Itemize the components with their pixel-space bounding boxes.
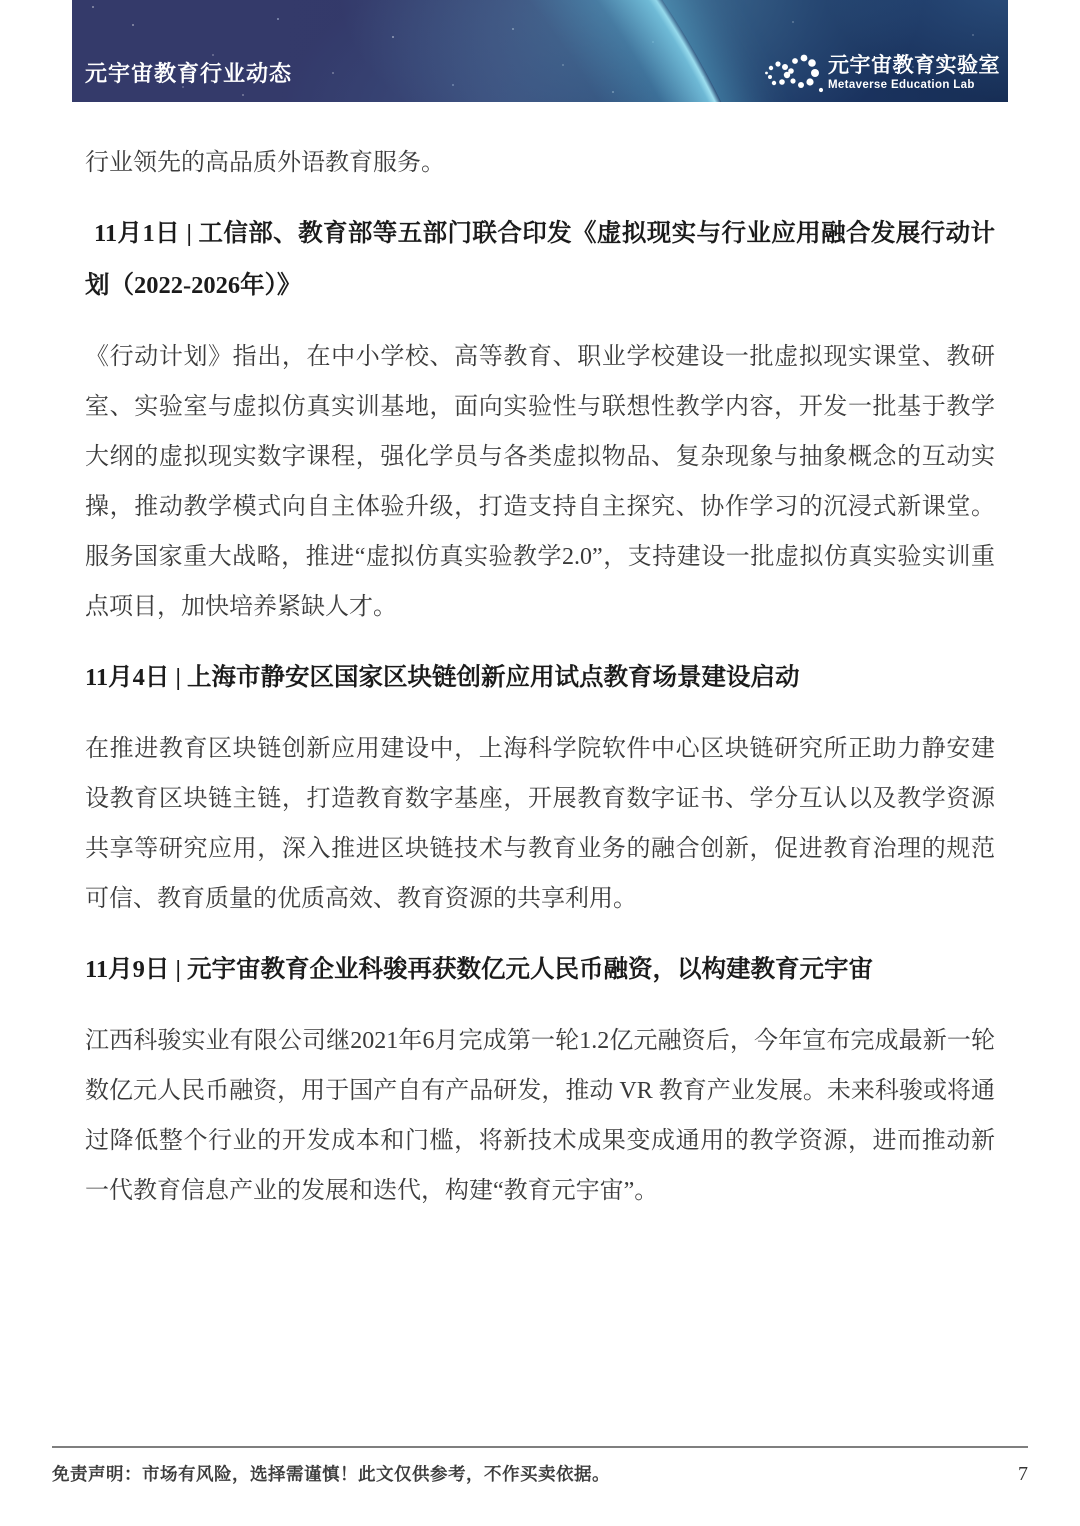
section-heading-nov1: 11月1日 | 工信部、教育部等五部门联合印发《虚拟现实与行业应用融合发展行动计… — [85, 208, 995, 312]
footer-row: 免责声明：市场有风险，选择需谨慎！此文仅供参考，不作买卖依据。 7 — [52, 1461, 1028, 1486]
logo-name-en: Metaverse Education Lab — [828, 79, 1000, 91]
section-body-nov1: 《行动计划》指出，在中小学校、高等教育、职业学校建设一批虚拟现实课堂、教研室、实… — [85, 332, 995, 632]
page-number: 7 — [1018, 1463, 1028, 1486]
document-content: 行业领先的高品质外语教育服务。 11月1日 | 工信部、教育部等五部门联合印发《… — [85, 102, 995, 1236]
section-heading-nov4: 11月4日 | 上海市静安区国家区块链创新应用试点教育场景建设启动 — [85, 652, 995, 704]
section-heading-nov9: 11月9日 | 元宇宙教育企业科骏再获数亿元人民币融资，以构建教育元宇宙 — [85, 944, 995, 996]
page-footer: 免责声明：市场有风险，选择需谨慎！此文仅供参考，不作买卖依据。 7 — [52, 1446, 1028, 1486]
intro-paragraph: 行业领先的高品质外语教育服务。 — [85, 138, 995, 188]
section-body-nov4: 在推进教育区块链创新应用建设中，上海科学院软件中心区块链研究所正助力静安建设教育… — [85, 724, 995, 924]
document-page: 元宇宙教育行业动态 元宇 — [0, 0, 1080, 1526]
dot-cluster-logo-icon — [765, 49, 823, 97]
footer-divider — [52, 1446, 1028, 1448]
section-body-nov9: 江西科骏实业有限公司继2021年6月完成第一轮1.2亿元融资后，今年宣布完成最新… — [85, 1016, 995, 1216]
logo-name-cn: 元宇宙教育实验室 — [828, 55, 1000, 77]
disclaimer-text: 免责声明：市场有风险，选择需谨慎！此文仅供参考，不作买卖依据。 — [52, 1461, 610, 1486]
header-title: 元宇宙教育行业动态 — [85, 57, 292, 88]
metaverse-lab-logo: 元宇宙教育实验室 Metaverse Education Lab — [765, 49, 1000, 97]
logo-text: 元宇宙教育实验室 Metaverse Education Lab — [828, 55, 1000, 91]
page-header-banner: 元宇宙教育行业动态 元宇 — [72, 0, 1008, 102]
